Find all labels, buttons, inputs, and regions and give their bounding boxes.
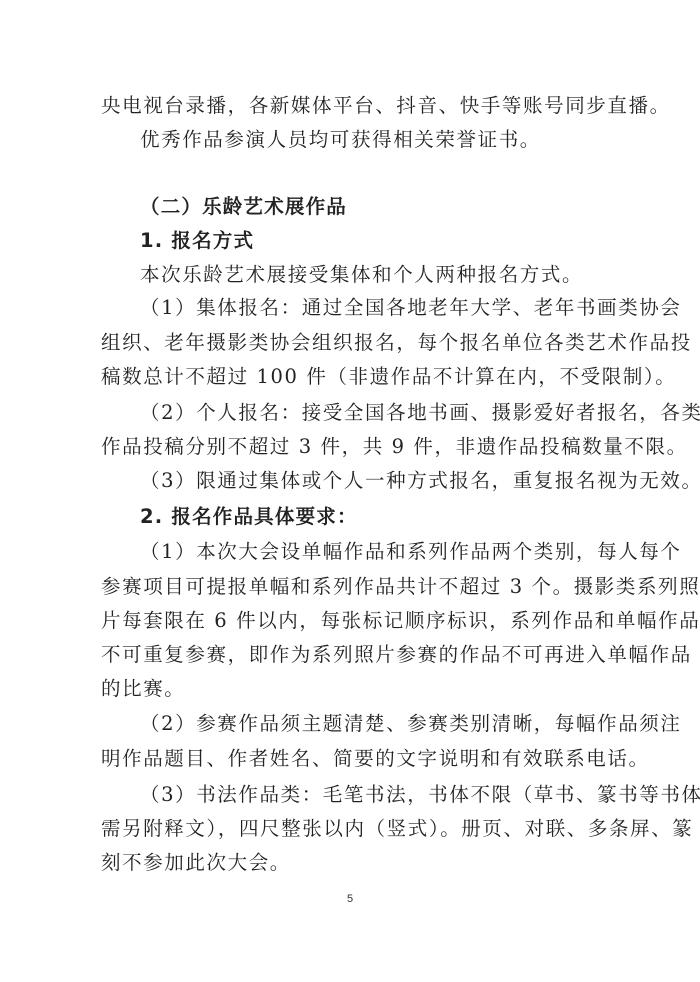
paragraph-line: 明作品题目、作者姓名、简要的文字说明和有效联系电话。: [101, 745, 621, 773]
paragraph-line: 优秀作品参演人员均可获得相关荣誉证书。: [140, 126, 621, 154]
paragraph-line: 作品投稿分别不超过 3 件，共 9 件，非遗作品投稿数量不限。: [101, 433, 621, 461]
document-page: 央电视台录播，各新媒体平台、抖音、快手等账号同步直播。 优秀作品参演人员均可获得…: [0, 0, 700, 982]
paragraph-line: （1）集体报名：通过全国各地老年大学、老年书画类协会: [140, 294, 621, 322]
paragraph-line: 的比赛。: [101, 675, 621, 703]
paragraph-line: 稿数总计不超过 100 件（非遗作品不计算在内，不受限制）。: [101, 363, 621, 391]
paragraph-line: 需另附释文），四尺整张以内（竖式）。册页、对联、多条屏、篆: [101, 815, 621, 843]
paragraph-line: 组织、老年摄影类协会组织报名，每个报名单位各类艺术作品投: [101, 329, 621, 357]
paragraph-line: （3）书法作品类：毛笔书法，书体不限（草书、篆书等书体: [140, 781, 621, 809]
subheading: 1. 报名方式: [140, 227, 621, 255]
paragraph-line: 本次乐龄艺术展接受集体和个人两种报名方式。: [140, 261, 621, 289]
paragraph-line: 片每套限在 6 件以内，每张标记顺序标识，系列作品和单幅作品: [101, 607, 621, 635]
page-number: 5: [0, 893, 700, 905]
paragraph-line: （3）限通过集体或个人一种方式报名，重复报名视为无效。: [140, 467, 621, 495]
paragraph-line: 参赛项目可提报单幅和系列作品共计不超过 3 个。摄影类系列照: [101, 573, 621, 601]
paragraph-line: 央电视台录播，各新媒体平台、抖音、快手等账号同步直播。: [101, 92, 621, 120]
section-heading: （二）乐龄艺术展作品: [140, 193, 621, 221]
paragraph-line: （1）本次大会设单幅作品和系列作品两个类别，每人每个: [140, 538, 621, 566]
paragraph-line: 刻不参加此次大会。: [101, 849, 621, 877]
paragraph-line: （2）参赛作品须主题清楚、参赛类别清晰，每幅作品须注: [140, 710, 621, 738]
subheading: 2. 报名作品具体要求：: [140, 503, 621, 531]
paragraph-line: （2）个人报名：接受全国各地书画、摄影爱好者报名，各类: [140, 399, 621, 427]
paragraph-line: 不可重复参赛，即作为系列照片参赛的作品不可再进入单幅作品: [101, 641, 621, 669]
